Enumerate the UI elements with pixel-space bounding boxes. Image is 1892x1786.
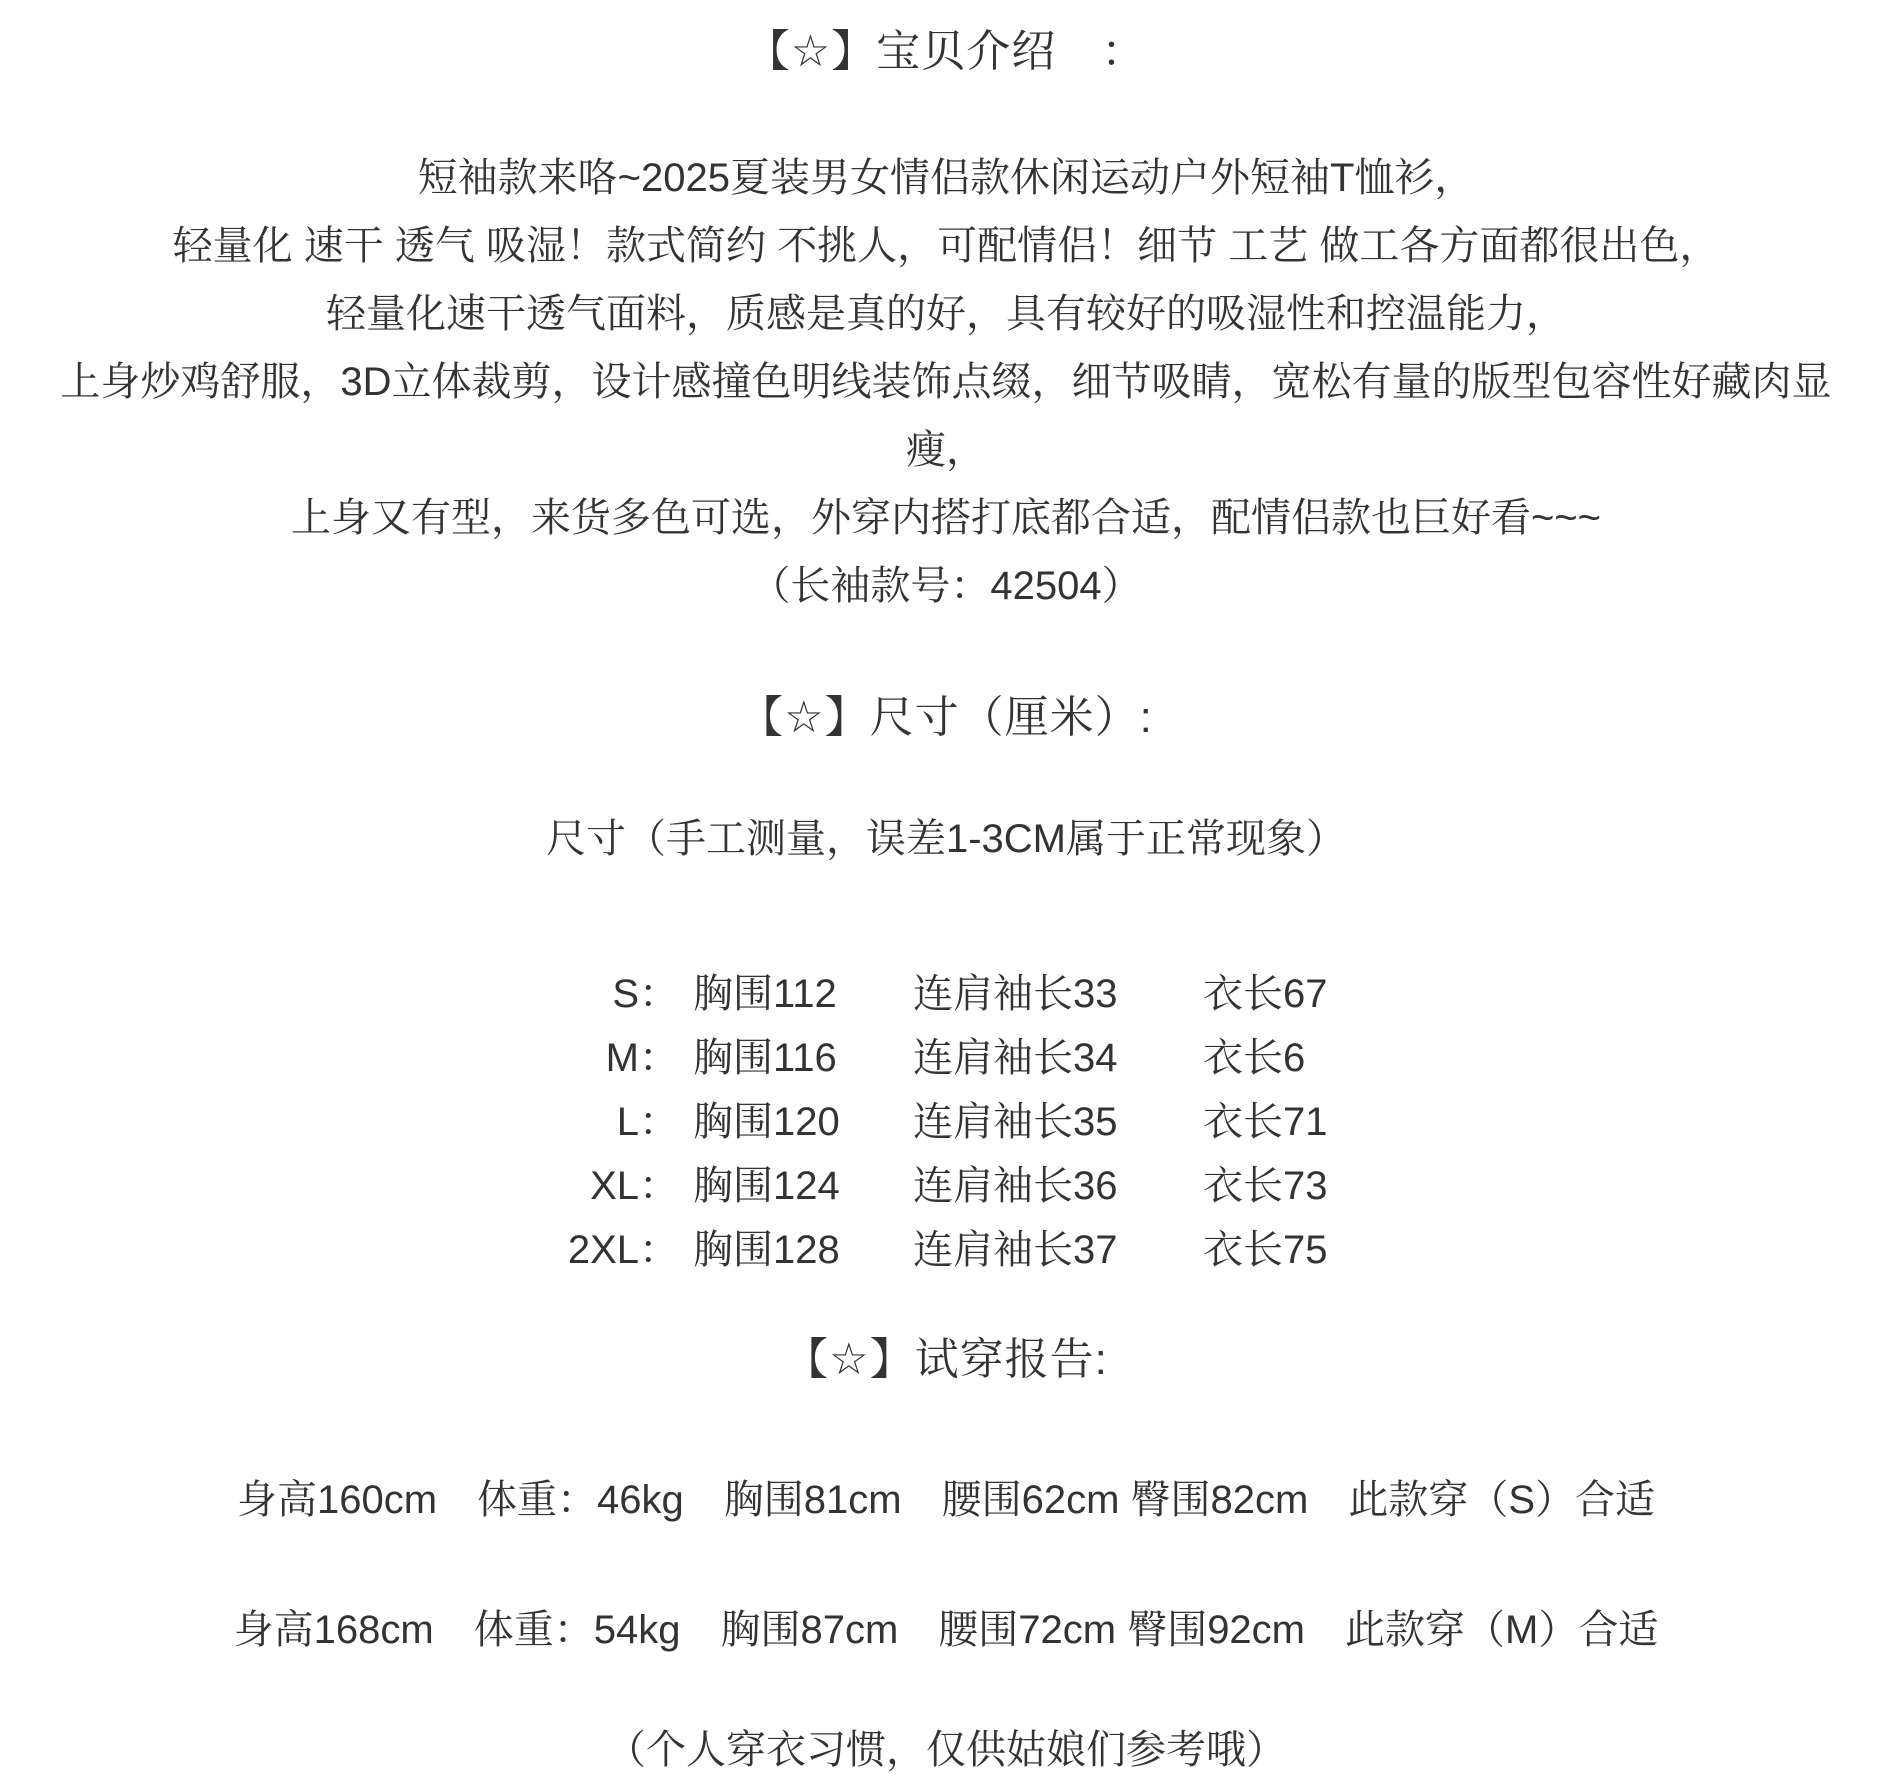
size-table-row: 2XL：胸围128连肩袖长37衣长75 (0, 1218, 1892, 1282)
size-table-row: L：胸围120连肩袖长35衣长71 (0, 1090, 1892, 1154)
size-cell-bust: 胸围124 (679, 1154, 913, 1218)
intro-paragraph: 短袖款来咯~2025夏装男女情侣款休闲运动户外短袖T恤衫，轻量化 速干 透气 吸… (0, 144, 1892, 620)
size-table-row: M：胸围116连肩袖长34衣长6 (0, 1026, 1892, 1090)
size-table-row: S：胸围112连肩袖长33衣长67 (0, 962, 1892, 1026)
intro-heading: 【☆】宝贝介绍 ： (0, 26, 1892, 78)
size-cell-length: 衣长67 (1203, 962, 1333, 1026)
intro-line: （长袖款号：42504） (0, 552, 1892, 620)
size-cell-sleeve: 连肩袖长36 (913, 1154, 1203, 1218)
size-cell-length: 衣长73 (1203, 1154, 1333, 1218)
product-description-page: 【☆】宝贝介绍 ： 短袖款来咯~2025夏装男女情侣款休闲运动户外短袖T恤衫，轻… (0, 0, 1892, 1786)
intro-line: 上身炒鸡舒服，3D立体裁剪，设计感撞色明线装饰点缀，细节吸睛，宽松有量的版型包容… (0, 348, 1892, 416)
size-cell-bust: 胸围116 (679, 1026, 913, 1090)
fitting-report-line: 身高160cm 体重：46kg 胸围81cm 腰围62cm 臀围82cm 此款穿… (0, 1476, 1892, 1524)
intro-line: 轻量化速干透气面料，质感是真的好，具有较好的吸湿性和控温能力， (0, 280, 1892, 348)
size-table-row: XL：胸围124连肩袖长36衣长73 (0, 1154, 1892, 1218)
size-cell-length: 衣长75 (1203, 1218, 1333, 1282)
size-cell-length: 衣长71 (1203, 1090, 1333, 1154)
size-cell-sleeve: 连肩袖长33 (913, 962, 1203, 1026)
size-cell-bust: 胸围112 (679, 962, 913, 1026)
size-cell-size: XL： (559, 1154, 679, 1218)
intro-line: 上身又有型，来货多色可选，外穿内搭打底都合适，配情侣款也巨好看~~~ (0, 484, 1892, 552)
size-cell-size: 2XL： (559, 1218, 679, 1282)
fitting-disclaimer-note: （个人穿衣习惯，仅供姑娘们参考哦） (0, 1726, 1892, 1774)
size-cell-length: 衣长6 (1203, 1026, 1333, 1090)
intro-line: 轻量化 速干 透气 吸湿！款式简约 不挑人，可配情侣！细节 工艺 做工各方面都很… (0, 212, 1892, 280)
size-cell-sleeve: 连肩袖长35 (913, 1090, 1203, 1154)
size-section-heading: 【☆】尺寸（厘米）: (0, 692, 1892, 744)
fitting-report-line: 身高168cm 体重：54kg 胸围87cm 腰围72cm 臀围92cm 此款穿… (0, 1606, 1892, 1654)
size-cell-sleeve: 连肩袖长37 (913, 1218, 1203, 1282)
size-cell-size: M： (559, 1026, 679, 1090)
fitting-reports: 身高160cm 体重：46kg 胸围81cm 腰围62cm 臀围82cm 此款穿… (0, 1476, 1892, 1654)
size-cell-size: S： (559, 962, 679, 1026)
fitting-report-heading: 【☆】试穿报告: (0, 1334, 1892, 1386)
size-measurement-note: 尺寸（手工测量，误差1-3CM属于正常现象） (0, 816, 1892, 862)
size-table: S：胸围112连肩袖长33衣长67M：胸围116连肩袖长34衣长6L：胸围120… (0, 962, 1892, 1282)
intro-line: 瘦， (0, 416, 1892, 484)
size-cell-sleeve: 连肩袖长34 (913, 1026, 1203, 1090)
size-cell-size: L： (559, 1090, 679, 1154)
size-cell-bust: 胸围128 (679, 1218, 913, 1282)
size-cell-bust: 胸围120 (679, 1090, 913, 1154)
intro-line: 短袖款来咯~2025夏装男女情侣款休闲运动户外短袖T恤衫， (0, 144, 1892, 212)
